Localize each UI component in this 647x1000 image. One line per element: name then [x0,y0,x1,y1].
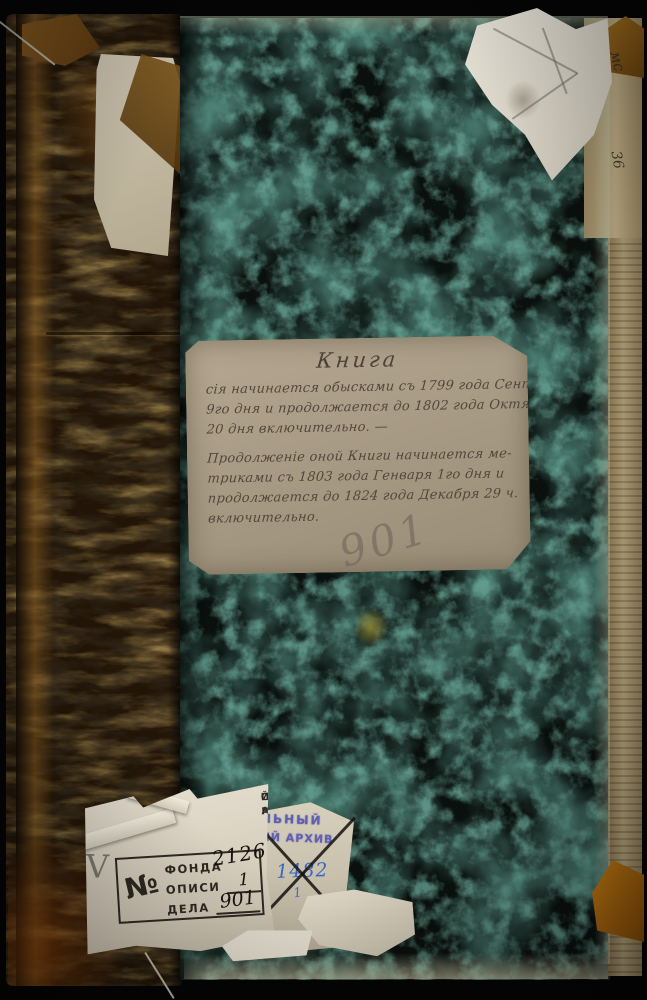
fore-edge-handwritten-note: 36 [607,150,626,170]
delo-number-handwritten: 901 [218,886,257,913]
pencil-check-mark: V [85,847,109,886]
blue-stamp-text-line1: ЛЬНЫЙ [261,812,323,828]
blue-handwritten-mark: 1 [292,885,302,901]
cover-worn-edge-right [594,24,610,964]
fond-number-handwritten: 2126 [210,838,268,871]
spine-crease [46,332,182,335]
fond-opis-delo-stamp-box: № ФОНДА ОПИСИ ДЕЛА 2126 1 901 [115,849,265,924]
photograph-of-book-cover: мс 36 Книга сія начинается обысками съ 1… [0,0,647,1000]
wax-seal-remnant [355,609,387,645]
book-title: Книга [204,345,510,374]
spine-raised-band [16,14,58,986]
delo-row-label: ДЕЛА [167,900,210,917]
opis-row-label: ОПИСИ [165,880,220,897]
handwritten-title-label: Книга сія начинается обысками съ 1799 го… [185,335,531,575]
paper-fold-strip [76,808,176,851]
paper-smudge [505,80,541,120]
archive-stamp-label: Й СТВЕННЫЙ СКИЙ АРХИВ г. Москвы № ФОНДА … [81,784,276,956]
number-sign: № [121,866,161,906]
